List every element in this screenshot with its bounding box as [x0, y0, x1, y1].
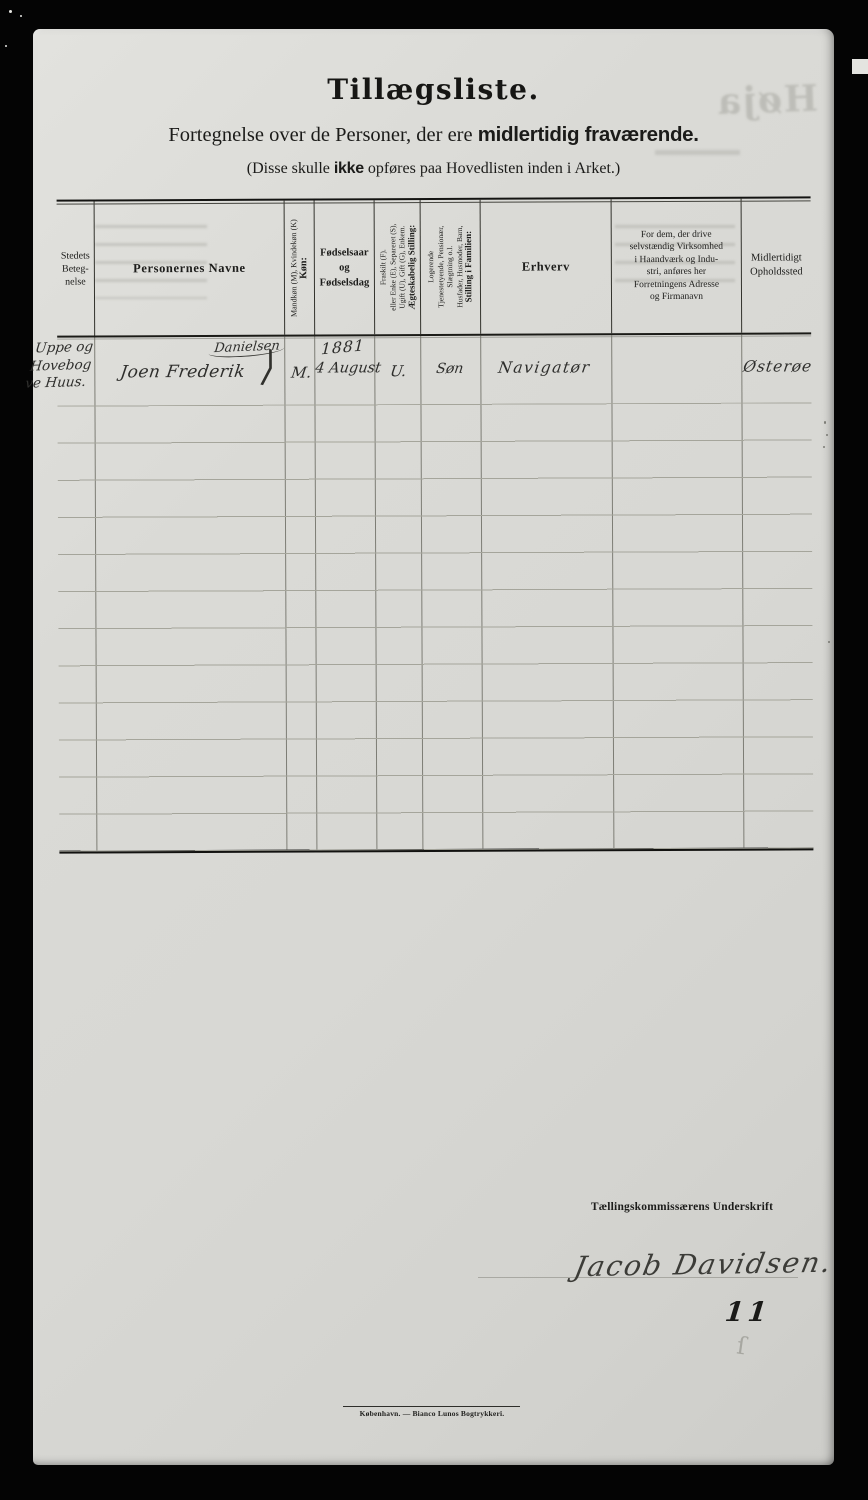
column-header-business-line: og Firmanavn	[630, 291, 724, 304]
form-note-post: opføres paa Hovedlisten inden i Arket.)	[364, 160, 620, 177]
imprint-rule	[343, 1406, 520, 1407]
column-header-birth-line: Fødselsaar	[319, 245, 369, 260]
ink-speck	[823, 446, 825, 448]
column-header-sex-label: Køn:	[298, 257, 308, 279]
dust-speck	[20, 15, 22, 17]
column-header-names: Personernes Navne	[94, 201, 285, 336]
census-table: Stedets Beteg- nelse Personernes Navne K…	[57, 196, 814, 853]
entry-marital-status: U.	[389, 362, 407, 380]
form-note-pre: (Disse skulle	[247, 160, 334, 177]
form-subtitle-bold: midlertidig fraværende.	[478, 123, 699, 146]
entry-birth-day: 4 August	[314, 360, 382, 376]
column-header-business: For dem, der drive selvstændig Virksomhe…	[611, 199, 742, 334]
column-header-business-line: stri, anføres her	[630, 266, 724, 279]
column-header-business-line: Forretningens Adresse	[630, 278, 724, 291]
table-body: Uppe og Hovebog ve Huus. Danielsen Joen …	[57, 334, 813, 853]
column-header-business-line: selvstændig Virksomhed	[630, 241, 724, 254]
column-header-place-line: Stedets	[61, 249, 90, 262]
entry-occupation: Navigatør	[497, 358, 592, 376]
entry-place-line: ve Huus.	[24, 374, 90, 393]
form-note: (Disse skulle ikke opføres paa Hovedlist…	[33, 160, 834, 178]
column-header-place-line: Beteg-	[61, 262, 90, 275]
column-header-whereabouts-line: Midlertidigt	[750, 251, 803, 265]
form-note-bold: ikke	[334, 160, 364, 177]
column-header-marital-line: eller Enke (E), Separeret (S),	[388, 224, 398, 311]
census-form-page: Høja Tillægsliste. Fortegnelse over de P…	[33, 29, 834, 1465]
column-header-business-line: For dem, der drive	[629, 228, 723, 241]
form-subtitle: Fortegnelse over de Personer, der ere mi…	[33, 123, 834, 147]
column-header-occupation-label: Erhverv	[522, 259, 570, 274]
ink-speck	[824, 421, 826, 424]
scan-background: Høja Tillægsliste. Fortegnelse over de P…	[0, 0, 868, 1500]
entry-birth-year: 1881	[321, 336, 366, 358]
column-header-birth-line: og	[320, 260, 370, 275]
column-header-birth-line: Fødselsdag	[320, 275, 370, 290]
column-header-family-label: Stilling i Familien:	[464, 231, 474, 303]
dust-speck	[9, 10, 12, 13]
adjacent-page-sliver	[852, 59, 868, 74]
bleedthrough-smudge	[655, 150, 740, 155]
column-header-names-label: Personernes Navne	[133, 260, 246, 275]
column-header-marital-line: Fraskilt (F).	[378, 249, 388, 285]
column-header-family: Stilling i Familien: Husfader, Husmoder,…	[420, 200, 481, 334]
column-header-whereabouts: Midlertidigt Opholdssted	[741, 198, 812, 332]
empty-row-rules	[57, 402, 813, 851]
entry-place-line: Hovebog	[29, 356, 92, 375]
entry-temporary-residence: Østerøe	[742, 357, 813, 375]
commissioner-signature: Jacob Davidsen.	[571, 1246, 835, 1283]
form-subtitle-regular: Fortegnelse over de Personer, der ere	[168, 124, 477, 146]
signature-label: Tællingskommissærens Underskrift	[556, 1201, 808, 1213]
table-header: Stedets Beteg- nelse Personernes Navne K…	[57, 196, 812, 337]
form-title: Tillægsliste.	[33, 73, 834, 106]
entry-place-line: Uppe og	[34, 339, 94, 358]
ink-speck	[828, 641, 830, 643]
printer-imprint: København. — Bianco Lunos Bogtrykkeri.	[333, 1409, 531, 1418]
entry-name: Joen Frederik	[119, 362, 246, 383]
entry-family-position: Søn	[435, 361, 464, 377]
column-header-place-line: nelse	[61, 275, 90, 288]
entry-place: Uppe og Hovebog ve Huus.	[30, 339, 94, 393]
column-header-sex: Køn: Mandkøn (M), Kvindekøn (K)	[284, 201, 315, 335]
column-header-marital-label: Ægteskabelig Stilling:	[407, 225, 417, 310]
ink-marks: 11	[723, 1297, 772, 1328]
column-header-birth: Fødselsaar og Fødselsdag	[314, 200, 375, 334]
ink-speck	[826, 434, 828, 436]
column-header-marital: Ægteskabelig Stilling: Ugift (U), Gift (…	[374, 200, 421, 334]
entry-sex: M.	[290, 364, 313, 382]
ink-mark-tail: ſ	[735, 1332, 748, 1361]
dust-speck	[5, 45, 7, 47]
column-header-sex-sub: Mandkøn (M), Kvindekøn (K)	[289, 219, 299, 317]
column-header-whereabouts-line: Opholdssted	[750, 265, 803, 279]
column-header-occupation: Erhverv	[480, 199, 612, 334]
column-header-place: Stedets Beteg- nelse	[57, 201, 95, 335]
column-header-business-line: i Haandværk og Indu-	[630, 253, 724, 266]
